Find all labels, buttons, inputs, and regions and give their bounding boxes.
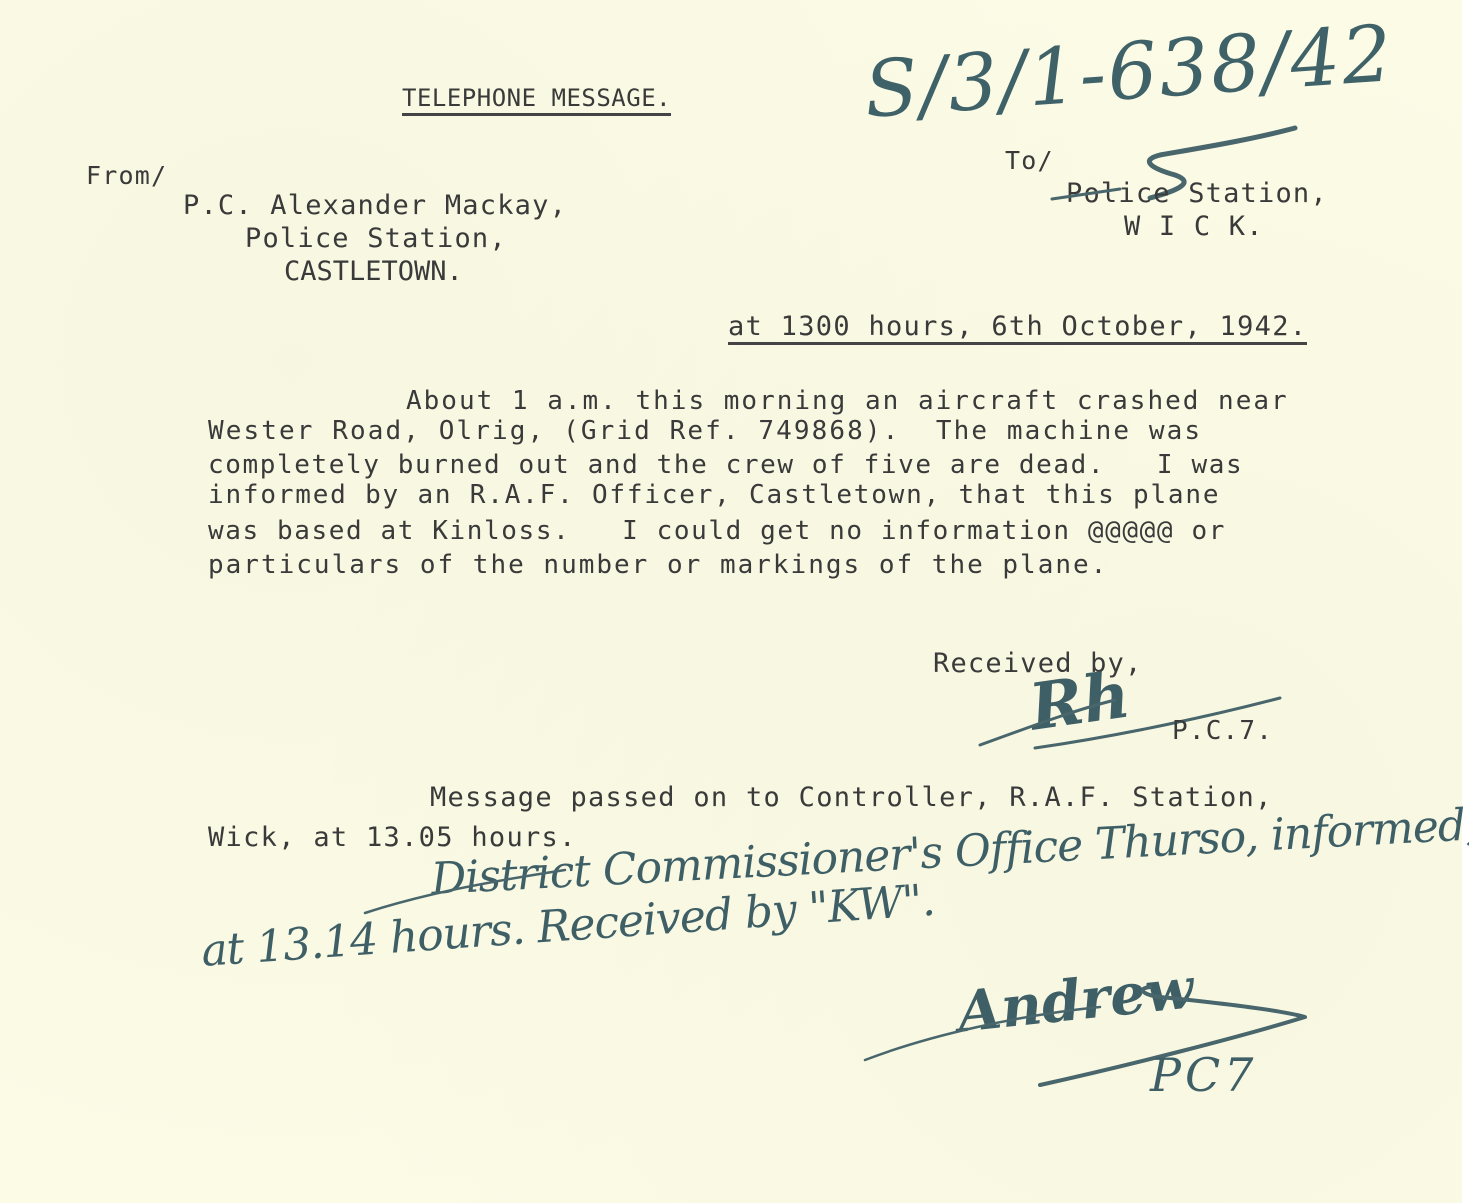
- to-strike-stroke: [1050, 185, 1130, 205]
- body-line-6: particulars of the number or markings of…: [208, 552, 1108, 578]
- document-page: TELEPHONE MESSAGE. S/3/1-638/42 From/ P.…: [0, 0, 1462, 1203]
- handwritten-note-line-1: District Commissioner's Office Thurso, i…: [430, 803, 1469, 902]
- from-name: P.C. Alexander Mackay,: [183, 192, 567, 219]
- to-town: W I C K.: [1124, 213, 1264, 240]
- body-line-3: completely burned out and the crew of fi…: [208, 452, 1243, 478]
- from-label: From/: [86, 163, 167, 188]
- received-by-rank: P.C.7.: [1172, 718, 1273, 744]
- final-signature-rank: PC7: [1150, 1052, 1257, 1098]
- passed-on-line-2: Wick, at 13.05 hours.: [208, 824, 577, 851]
- body-line-1: About 1 a.m. this morning an aircraft cr…: [406, 388, 1289, 414]
- from-town: CASTLETOWN.: [284, 258, 463, 285]
- document-title: TELEPHONE MESSAGE.: [402, 86, 671, 116]
- body-line-5: was based at Kinloss. I could get no inf…: [208, 518, 1226, 544]
- body-line-2: Wester Road, Olrig, (Grid Ref. 749868). …: [208, 418, 1202, 444]
- passed-on-line-1: Message passed on to Controller, R.A.F. …: [430, 784, 1273, 811]
- message-datetime: at 1300 hours, 6th October, 1942.: [728, 313, 1307, 345]
- to-label: To/: [1005, 148, 1054, 173]
- body-line-4: informed by an R.A.F. Officer, Castletow…: [208, 482, 1220, 508]
- from-station: Police Station,: [245, 225, 507, 252]
